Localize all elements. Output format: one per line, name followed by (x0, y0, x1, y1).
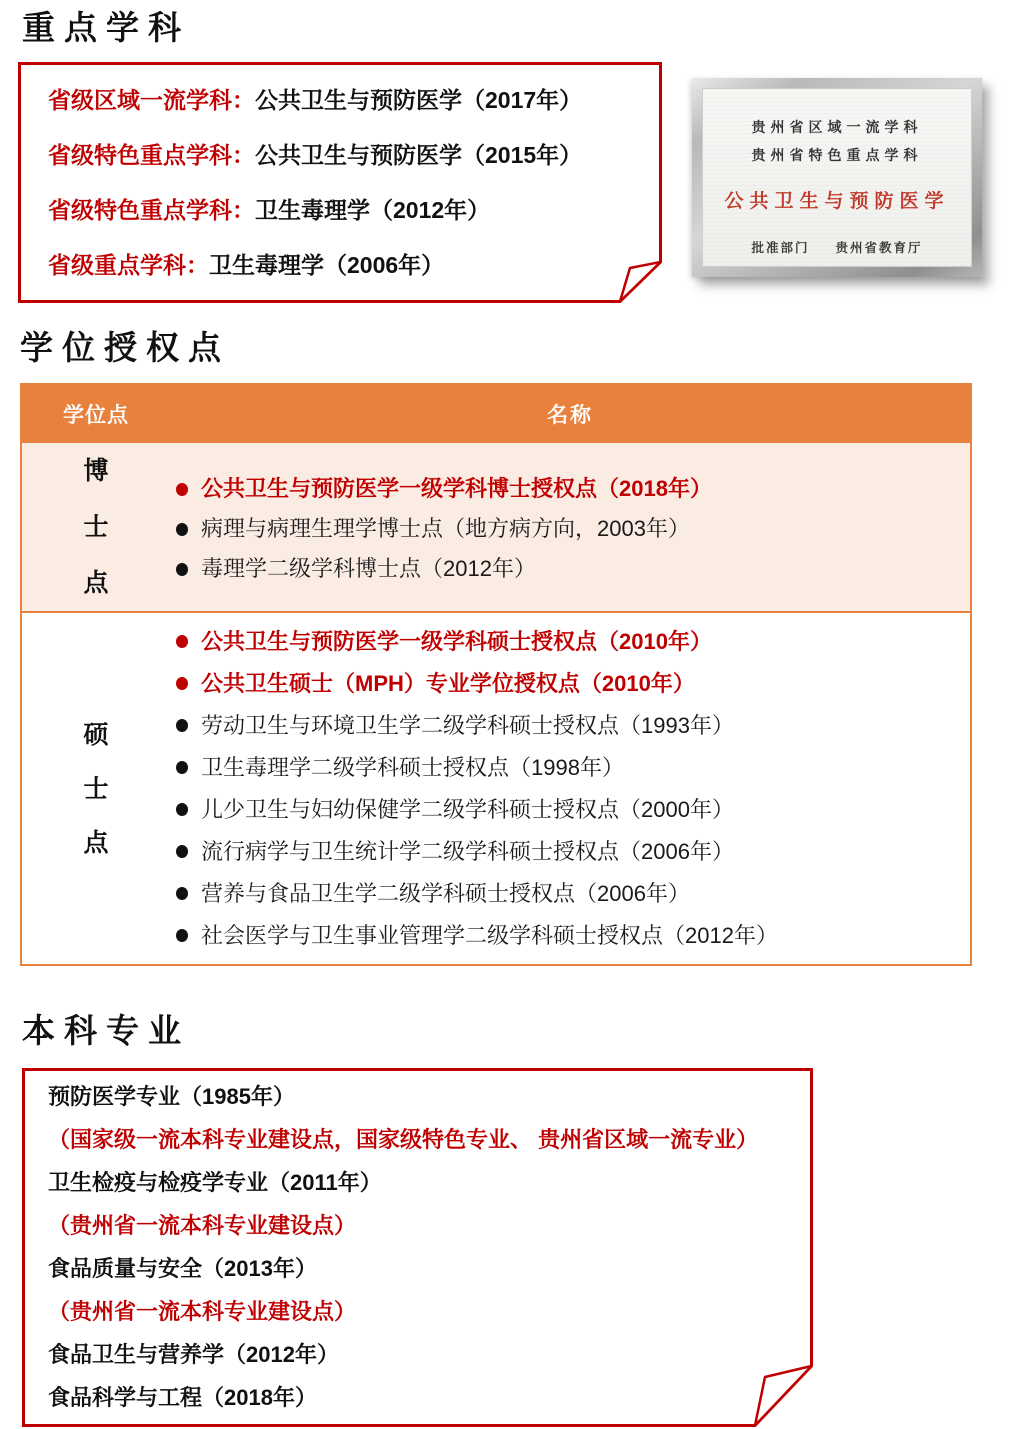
bullet-icon (176, 635, 188, 648)
type-char: 士 (83, 774, 108, 804)
table-header-row: 学位点 名称 (22, 385, 970, 443)
list-item: 社会医学与卫生事业管理学二级学科硕士授权点（2012年） (176, 915, 960, 957)
doctor-items: 公共卫生与预防医学一级学科博士授权点（2018年） 病理与病理生理学博士点（地方… (170, 443, 970, 611)
point-text: 营养与食品卫生学二级学科硕士授权点（2006年） (201, 873, 690, 915)
plaque-line-1: 贵州省区域一流学科 (703, 89, 971, 137)
type-char: 硕 (83, 720, 108, 750)
doctor-type-label: 博 士 点 (22, 443, 170, 611)
bullet-icon (176, 929, 188, 942)
type-char: 点 (83, 568, 108, 598)
bullet-icon (176, 563, 188, 576)
list-item: 病理与病理生理学博士点（地方病方向，2003年） (176, 509, 960, 549)
header-cell-name: 名称 (170, 399, 970, 429)
list-item: 营养与食品卫生学二级学科硕士授权点（2006年） (176, 873, 960, 915)
plaque-face: 贵州省区域一流学科 贵州省特色重点学科 公共卫生与预防医学 批准部门贵州省教育厅 (702, 88, 972, 267)
discipline-label: 省级重点学科： (48, 252, 209, 278)
discipline-label: 省级区域一流学科： (48, 87, 255, 113)
key-discipline-item: 省级重点学科：卫生毒理学（2006年） (48, 238, 642, 293)
major-item-highlight: （贵州省一流本科专业建设点） (48, 1204, 799, 1247)
table-row-master: 硕 士 点 公共卫生与预防医学一级学科硕士授权点（2010年） 公共卫生硕士（M… (22, 611, 970, 964)
degree-points-table: 学位点 名称 博 士 点 公共卫生与预防医学一级学科博士授权点（2018年） 病… (20, 383, 972, 966)
list-item: 卫生毒理学二级学科硕士授权点（1998年） (176, 747, 960, 789)
key-discipline-list: 省级区域一流学科：公共卫生与预防医学（2017年） 省级特色重点学科：公共卫生与… (48, 73, 642, 293)
discipline-value: 卫生毒理学（2006年） (209, 252, 444, 278)
list-item: 公共卫生与预防医学一级学科博士授权点（2018年） (176, 469, 960, 509)
major-item: 食品质量与安全（2013年） (48, 1247, 799, 1290)
section-title-key-disciplines: 重点学科 (22, 8, 190, 48)
type-char: 士 (83, 512, 108, 542)
key-discipline-item: 省级区域一流学科：公共卫生与预防医学（2017年） (48, 73, 642, 128)
key-disciplines-box: 省级区域一流学科：公共卫生与预防医学（2017年） 省级特色重点学科：公共卫生与… (18, 62, 662, 303)
list-item: 流行病学与卫生统计学二级学科硕士授权点（2006年） (176, 831, 960, 873)
key-discipline-item: 省级特色重点学科：卫生毒理学（2012年） (48, 183, 642, 238)
bullet-icon (176, 761, 188, 774)
point-text: 公共卫生硕士（MPH）专业学位授权点（2010年） (201, 663, 695, 705)
major-list: 预防医学专业（1985年） （国家级一流本科专业建设点，国家级特色专业、 贵州省… (48, 1075, 799, 1419)
plaque-main-title: 公共卫生与预防医学 (703, 186, 971, 213)
discipline-label: 省级特色重点学科： (48, 197, 255, 223)
major-item: 卫生检疫与检疫学专业（2011年） (48, 1161, 799, 1204)
bullet-icon (176, 523, 188, 536)
type-char: 点 (83, 828, 108, 858)
master-type-label: 硕 士 点 (22, 613, 170, 964)
section-title-degree-points: 学位授权点 (20, 328, 230, 368)
discipline-value: 卫生毒理学（2012年） (255, 197, 490, 223)
point-text: 儿少卫生与妇幼保健学二级学科硕士授权点（2000年） (201, 789, 734, 831)
major-item-highlight: （国家级一流本科专业建设点，国家级特色专业、 贵州省区域一流专业） (48, 1118, 799, 1161)
table-row-doctor: 博 士 点 公共卫生与预防医学一级学科博士授权点（2018年） 病理与病理生理学… (22, 443, 970, 611)
point-text: 劳动卫生与环境卫生学二级学科硕士授权点（1993年） (201, 705, 734, 747)
page: 重点学科 省级区域一流学科：公共卫生与预防医学（2017年） 省级特色重点学科：… (0, 0, 1024, 1429)
bullet-icon (176, 719, 188, 732)
list-item: 公共卫生硕士（MPH）专业学位授权点（2010年） (176, 663, 960, 705)
plaque-line-2: 贵州省特色重点学科 (703, 145, 971, 165)
bullet-icon (176, 887, 188, 900)
point-text: 毒理学二级学科博士点（2012年） (201, 549, 536, 589)
plaque-footer: 批准部门贵州省教育厅 (703, 238, 971, 256)
discipline-value: 公共卫生与预防医学（2015年） (255, 142, 582, 168)
major-item-highlight: （贵州省一流本科专业建设点） (48, 1290, 799, 1333)
list-item: 劳动卫生与环境卫生学二级学科硕士授权点（1993年） (176, 705, 960, 747)
discipline-value: 公共卫生与预防医学（2017年） (255, 87, 582, 113)
discipline-label: 省级特色重点学科： (48, 142, 255, 168)
list-item: 儿少卫生与妇幼保健学二级学科硕士授权点（2000年） (176, 789, 960, 831)
master-items: 公共卫生与预防医学一级学科硕士授权点（2010年） 公共卫生硕士（MPH）专业学… (170, 613, 970, 964)
plaque-approver-value: 贵州省教育厅 (836, 241, 923, 255)
bullet-icon (176, 803, 188, 816)
key-discipline-item: 省级特色重点学科：公共卫生与预防医学（2015年） (48, 128, 642, 183)
point-text: 公共卫生与预防医学一级学科博士授权点（2018年） (201, 469, 712, 509)
point-text: 社会医学与卫生事业管理学二级学科硕士授权点（2012年） (201, 915, 778, 957)
plaque-approver-label: 批准部门 (751, 241, 809, 255)
list-item: 毒理学二级学科博士点（2012年） (176, 549, 960, 589)
point-text: 病理与病理生理学博士点（地方病方向，2003年） (201, 509, 690, 549)
major-item: 食品科学与工程（2018年） (48, 1376, 799, 1419)
header-cell-type: 学位点 (22, 399, 170, 429)
award-plaque: 贵州省区域一流学科 贵州省特色重点学科 公共卫生与预防医学 批准部门贵州省教育厅 (692, 78, 982, 277)
major-item: 预防医学专业（1985年） (48, 1075, 799, 1118)
bullet-icon (176, 677, 188, 690)
major-item: 食品卫生与营养学（2012年） (48, 1333, 799, 1376)
bullet-icon (176, 845, 188, 858)
type-char: 博 (83, 456, 108, 486)
section-title-undergrad-majors: 本科专业 (22, 1011, 190, 1051)
point-text: 卫生毒理学二级学科硕士授权点（1998年） (201, 747, 624, 789)
undergrad-majors-box: 预防医学专业（1985年） （国家级一流本科专业建设点，国家级特色专业、 贵州省… (22, 1068, 813, 1427)
point-text: 公共卫生与预防医学一级学科硕士授权点（2010年） (201, 621, 712, 663)
bullet-icon (176, 483, 188, 496)
list-item: 公共卫生与预防医学一级学科硕士授权点（2010年） (176, 621, 960, 663)
point-text: 流行病学与卫生统计学二级学科硕士授权点（2006年） (201, 831, 734, 873)
